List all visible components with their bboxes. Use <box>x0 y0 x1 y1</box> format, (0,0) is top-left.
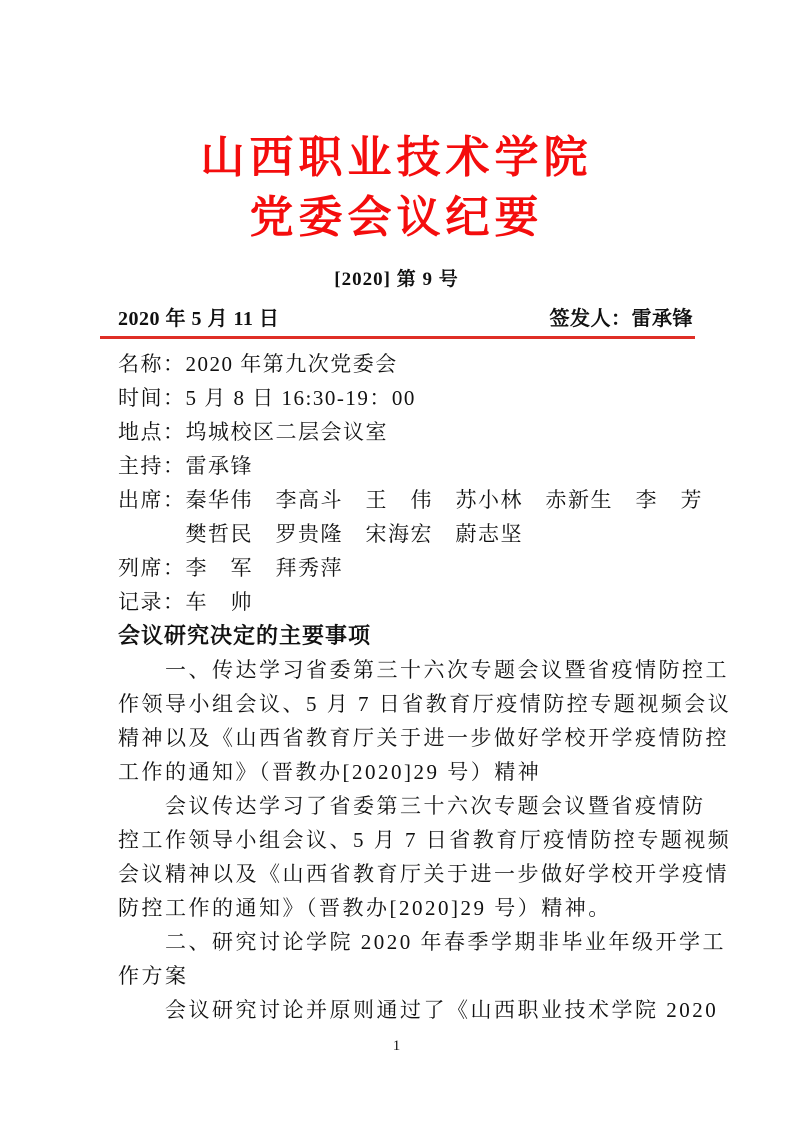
body-line: 会议传达学习了省委第三十六次专题会议暨省疫情防 <box>118 789 695 823</box>
document-page: 山西职业技术学院 党委会议纪要 [2020] 第 9 号 2020 年 5 月 … <box>0 0 793 1122</box>
doc-title-line2: 党委会议纪要 <box>0 188 793 248</box>
document-body: 名称：2020 年第九次党委会 时间：5 月 8 日 16:30-19：00 地… <box>118 347 695 1027</box>
meta-line-attendees: 出席：秦华伟 李高斗 王 伟 苏小林 赤新生 李 芳 <box>118 483 695 517</box>
doc-title: 山西职业技术学院 党委会议纪要 <box>0 128 793 248</box>
meta-line-attendees-cont: 樊哲民 罗贵隆 宋海宏 蔚志坚 <box>118 517 695 551</box>
body-line: 作领导小组会议、5 月 7 日省教育厅疫情防控专题视频会议 <box>118 687 695 721</box>
issuer: 签发人：雷承锋 <box>550 306 694 332</box>
header-rule <box>100 336 695 339</box>
meta-line-name: 名称：2020 年第九次党委会 <box>118 347 695 381</box>
meta-line-location: 地点：坞城校区二层会议室 <box>118 415 695 449</box>
meta-line-recorder: 记录：车 帅 <box>118 585 695 619</box>
body-line: 会议精神以及《山西省教育厅关于进一步做好学校开学疫情 <box>118 857 695 891</box>
body-line: 二、研究讨论学院 2020 年春季学期非毕业年级开学工 <box>118 925 695 959</box>
body-line: 防控工作的通知》（晋教办[2020]29 号）精神。 <box>118 891 695 925</box>
body-line: 一、传达学习省委第三十六次专题会议暨省疫情防控工 <box>118 653 695 687</box>
section-heading: 会议研究决定的主要事项 <box>118 619 695 653</box>
page-number: 1 <box>0 1036 793 1056</box>
issue-date: 2020 年 5 月 11 日 <box>118 306 279 332</box>
body-line: 作方案 <box>118 959 695 993</box>
meta-line-time: 时间：5 月 8 日 16:30-19：00 <box>118 381 695 415</box>
doc-number: [2020] 第 9 号 <box>0 264 793 291</box>
body-line: 控工作领导小组会议、5 月 7 日省教育厅疫情防控专题视频 <box>118 823 695 857</box>
doc-title-line1: 山西职业技术学院 <box>0 128 793 188</box>
body-line: 工作的通知》（晋教办[2020]29 号）精神 <box>118 755 695 789</box>
meta-line-host: 主持：雷承锋 <box>118 449 695 483</box>
body-line: 会议研究讨论并原则通过了《山西职业技术学院 2020 <box>118 993 695 1027</box>
date-issuer-row: 2020 年 5 月 11 日 签发人：雷承锋 <box>118 306 693 332</box>
meta-line-observers: 列席：李 军 拜秀萍 <box>118 551 695 585</box>
body-line: 精神以及《山西省教育厅关于进一步做好学校开学疫情防控 <box>118 721 695 755</box>
